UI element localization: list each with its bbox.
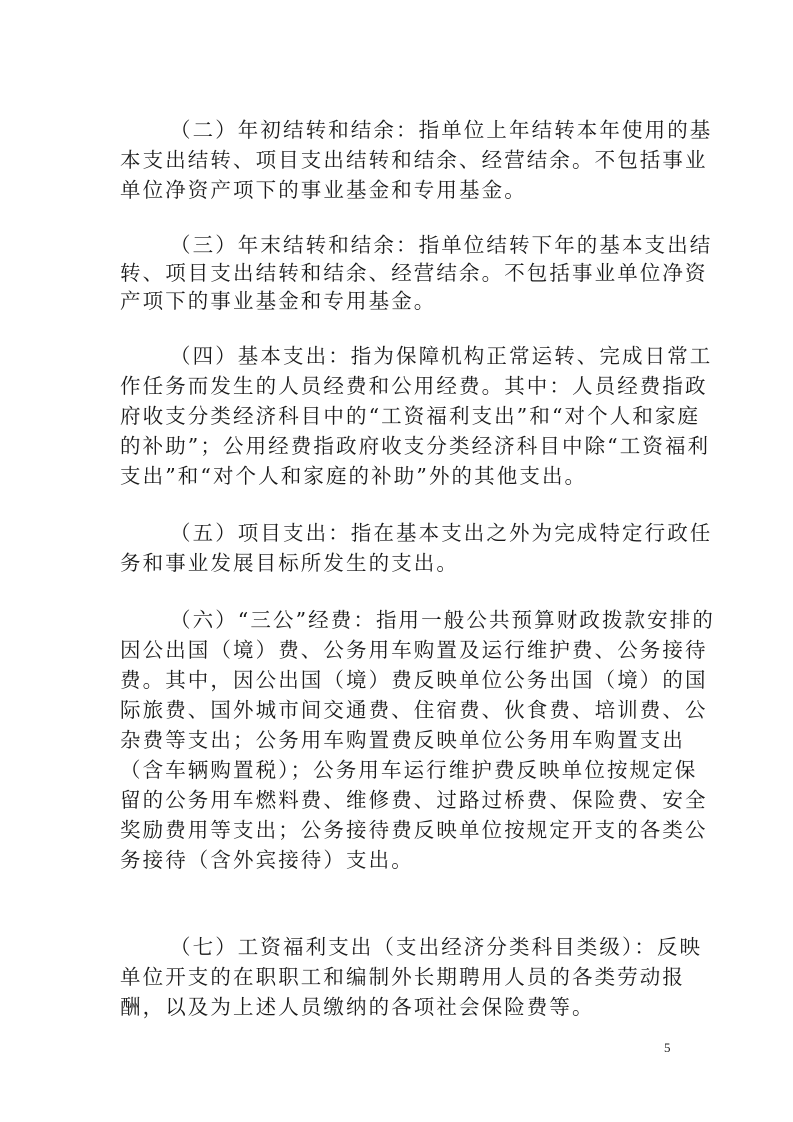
paragraph-line: 本支出结转、项目支出结转和结余、经营结余。不包括事业	[120, 145, 708, 175]
paragraph-line: 务接待（含外宾接待）支出。	[120, 845, 414, 875]
paragraph-line: 奖励费用等支出；公务接待费反映单位按规定开支的各类公	[120, 815, 708, 845]
paragraph-line: 际旅费、国外城市间交通费、住宿费、伙食费、培训费、公	[120, 695, 708, 725]
document-page: （二）年初结转和结余：指单位上年结转本年使用的基 本支出结转、项目支出结转和结余…	[0, 0, 793, 1122]
paragraph-line: （五）项目支出：指在基本支出之外为完成特定行政任	[170, 518, 712, 548]
paragraph-line: 府收支分类经济科目中的“工资福利支出”和“对个人和家庭	[120, 401, 700, 431]
paragraph-line: （四）基本支出：指为保障机构正常运转、完成日常工	[170, 341, 712, 371]
paragraph-line: 单位开支的在职职工和编制外长期聘用人员的各类劳动报	[120, 962, 685, 992]
paragraph-line: 转、项目支出结转和结余、经营结余。不包括事业单位净资	[120, 258, 708, 288]
paragraph-line: （含车辆购置税）；公务用车运行维护费反映单位按规定保	[120, 755, 697, 785]
paragraph-line: 产项下的事业基金和专用基金。	[120, 286, 436, 316]
paragraph-line: 费。其中，因公出国（境）费反映单位公务出国（境）的国	[120, 665, 708, 695]
paragraph-line: （七）工资福利支出（支出经济分类科目类级）：反映	[170, 932, 702, 962]
paragraph-line: 作任务而发生的人员经费和公用经费。其中：人员经费指政	[120, 371, 708, 401]
paragraph-line: 杂费等支出；公务用车购置费反映单位公务用车购置支出	[120, 725, 685, 755]
paragraph-line: （三）年末结转和结余：指单位结转下年的基本支出结	[170, 230, 712, 260]
paragraph-line: 务和事业发展目标所发生的支出。	[120, 548, 459, 578]
paragraph-line: （六）“三公”经费：指用一般公共预算财政拨款安排的	[170, 605, 715, 635]
paragraph-line: 单位净资产项下的事业基金和专用基金。	[120, 175, 527, 205]
paragraph-line: （二）年初结转和结余：指单位上年结转本年使用的基	[170, 115, 712, 145]
paragraph-line: 酬，以及为上述人员缴纳的各项社会保险费等。	[120, 992, 595, 1022]
paragraph-line: 留的公务用车燃料费、维修费、过路过桥费、保险费、安全	[120, 785, 708, 815]
paragraph-line: 的补助”；公用经费指政府收支分类经济科目中除“工资福利	[120, 431, 710, 461]
paragraph-line: 因公出国（境）费、公务用车购置及运行维护费、公务接待	[120, 635, 708, 665]
paragraph-line: 支出”和“对个人和家庭的补助”外的其他支出。	[120, 461, 587, 491]
page-number: 5	[664, 1040, 671, 1056]
